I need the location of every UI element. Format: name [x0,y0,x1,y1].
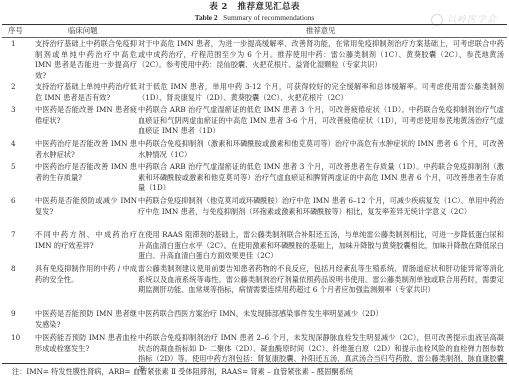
row-number: 8 [11,264,27,275]
row-number: 7 [11,230,27,241]
row-recommendation: 中医药联合西医方案治疗 IMN，未发现肺部感染事件发生率明显减少（2D） [138,309,504,320]
row-question: 支持治疗基础上单纯中药治疗低危 IMN 患者是否有效? [35,82,137,103]
row-number: 3 [11,105,27,116]
row-number: 4 [11,139,27,150]
table-note: 注：IMN= 特发性膜性肾病，ARB= 血管紧张素 Ⅱ 受体阻滞剂，RAAS= … [12,366,502,377]
table-row: 4 中医药治疗是否能改善 IMN 患者水肿症状? 中药联合免疫抑制剂（激素和环磷… [0,139,509,162]
row-recommendation: 中药联合 ARB 治疗气虚湿瘀证的低危 IMN 患者 3 个月，可改善患者生存质… [138,162,504,194]
row-number: 1 [11,39,27,50]
row-number: 6 [11,196,27,207]
row-recommendation: 对于中高危 IMN 患者，为进一步提高缓解率、改善肾功能，在常用免疫抑制剂治疗方… [138,39,504,71]
table-title-en: Summary of recommendations [223,13,314,22]
table-row: 5 中医药治疗是否能改善 IMN 患者的生存质量? 中药联合 ARB 治疗气虚湿… [0,162,509,196]
table-row: 1 支持治疗基础上中药联合免疫抑制剂或单纯中药治疗中高危 IMN 患者是否能进一… [0,39,509,82]
row-recommendation: 对于低危 IMN 患者，单用中药 3-12 个月，可获得较好的完全缓解率和总体缓… [138,82,504,103]
row-recommendation: 中药联合 ARB 治疗气虚湿瘀证的低危 IMN 患者 3 个月，可改善疲倦症状（… [138,105,504,137]
table-row: 9 中医药是否能预防 IMN 患者继发感染? 中医药联合西医方案治疗 IMN，未… [0,309,509,333]
row-question: 中医药治疗是否能改善 IMN 患者的生存质量? [35,162,137,183]
row-question: 中医药是否能改善 IMN 患者疲倦症状? [35,105,137,126]
row-recommendation: 中药联合免疫抑制剂（他克莫司或环磷酰胺）治疗中危 IMN 患者 6–12 个月，… [138,196,504,217]
row-question: 不同中药方剂、中成药治疗 IMN 的疗效差异? [35,230,137,251]
row-question: 中医药是否能预防 IMN 患者继发感染? [35,309,137,330]
row-recommendation: 在使用 RAAS 阻滞剂的基础上，雷公藤类制剂联合补阳还五汤，与单纯雷公藤类制剂… [138,230,504,262]
row-number: 9 [11,309,27,320]
table-number-en: Table 2 [195,13,218,22]
row-number: 5 [11,162,27,173]
table-title-cn: 推荐意见汇总表 [238,2,300,12]
row-question: 中医药是否能预防或减少 IMN 复发? [35,196,137,217]
row-recommendation: 雷公藤类制剂建议使用前要告知患者药物的不良反应，包括月经紊乱等生殖系统、胃肠道症… [138,264,504,296]
row-question: 具有免疫抑制作用的中药 / 中成药的安全性。 [35,264,137,285]
header-recommendation: 推荐意见 [306,25,336,37]
header-question: 临床问题 [68,25,98,37]
table-header: 序号 临床问题 推荐意见 [0,25,509,37]
row-question: 中医药治疗是否能改善 IMN 患者水肿症状? [35,139,137,160]
header-no: 序号 [8,25,23,37]
table-row: 2 支持治疗基础上单纯中药治疗低危 IMN 患者是否有效? 对于低危 IMN 患… [0,82,509,105]
row-number: 10 [11,333,27,344]
row-question: 支持治疗基础上中药联合免疫抑制剂或单纯中药治疗中高危 IMN 患者是否能进一步提… [35,39,137,81]
table-row: 6 中医药是否能预防或减少 IMN 复发? 中药联合免疫抑制剂（他克莫司或环磷酰… [0,196,509,230]
bottom-rule [2,363,507,364]
header-rule [2,37,507,38]
row-question: 中医药能否预防 IMN 患者血栓形成或栓塞发生? [35,333,137,354]
row-recommendation: 中药联合免疫抑制剂（激素和环磷酰胺或激素和他克莫司等）治疗中高危有水肿症状的 I… [138,139,504,160]
table-body: 1 支持治疗基础上中药联合免疫抑制剂或单纯中药治疗中高危 IMN 患者是否能进一… [0,39,509,376]
table-row: 3 中医药是否能改善 IMN 患者疲倦症状? 中药联合 ARB 治疗气虚湿瘀证的… [0,105,509,139]
table-row: 8 具有免疫抑制作用的中药 / 中成药的安全性。 雷公藤类制剂建议使用前要告知患… [0,264,509,309]
row-number: 2 [11,82,27,93]
table-row: 7 不同中药方剂、中成药治疗 IMN 的疗效差异? 在使用 RAAS 阻滞剂的基… [0,230,509,264]
table-number-cn: 表 2 [209,2,227,12]
